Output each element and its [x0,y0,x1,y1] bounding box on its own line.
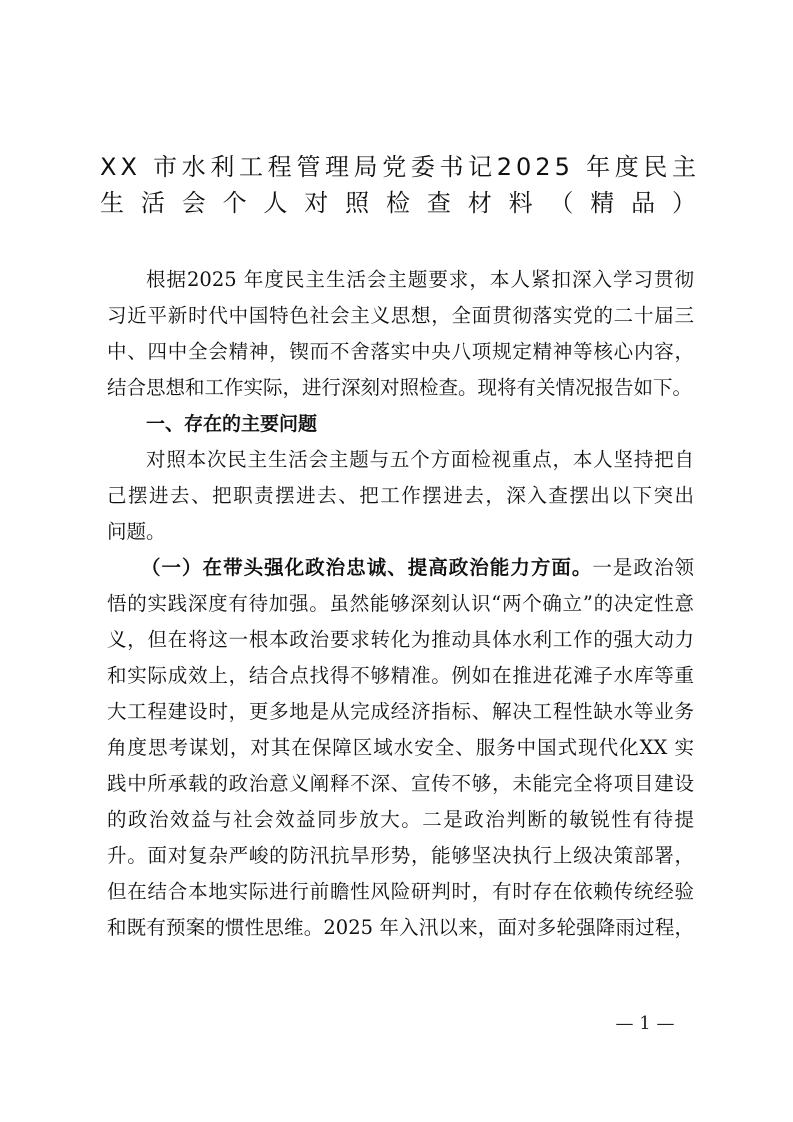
subsection-1-paragraph: （一）在带头强化政治忠诚、提高政治能力方面。一是政治领 悟的实践深度有待加强。虽… [107,550,694,946]
text-line: 义，但在将这一根本政治要求转化为推动具体水利工作的强大动力 [107,622,694,658]
text-line: 的政治效益与社会效益同步放大。二是政治判断的敏锐性有待提 [107,802,694,838]
text-line: 结合思想和工作实际，进行深刻对照检查。现将有关情况报告如下。 [107,370,694,406]
intro-paragraph: 根据2025 年度民主生活会主题要求，本人紧扣深入学习贯彻 习近平新时代中国特色… [107,262,694,406]
text-line: （一）在带头强化政治忠诚、提高政治能力方面。一是政治领 [107,550,694,586]
text-line: 对照本次民主生活会主题与五个方面检视重点，本人坚持把自 [107,442,694,478]
overview-paragraph: 对照本次民主生活会主题与五个方面检视重点，本人坚持把自 己摆进去、把职责摆进去、… [107,442,694,550]
document-body: 根据2025 年度民主生活会主题要求，本人紧扣深入学习贯彻 习近平新时代中国特色… [107,262,694,946]
page-number: — 1 — [600,1013,690,1034]
text-line: 升。面对复杂严峻的防汛抗旱形势，能够坚决执行上级决策部署， [107,838,694,874]
text-line: 和既有预案的惯性思维。2025 年入汛以来，面对多轮强降雨过程， [107,910,694,946]
text-line: 根据2025 年度民主生活会主题要求，本人紧扣深入学习贯彻 [107,262,694,298]
subsection-heading: （一）在带头强化政治忠诚、提高政治能力方面。 [141,556,592,579]
section-heading: 一、存在的主要问题 [107,406,694,442]
text-line: 和实际成效上，结合点找得不够精准。例如在推进花滩子水库等重 [107,658,694,694]
text-line: 习近平新时代中国特色社会主义思想，全面贯彻落实党的二十届三 [107,298,694,334]
text-line: 大工程建设时，更多地是从完成经济指标、解决工程性缺水等业务 [107,694,694,730]
title-line-1: XX 市水利工程管理局党委书记2025 年度民主 [100,146,700,182]
document-title: XX 市水利工程管理局党委书记2025 年度民主 生活会个人对照检查材料（精品） [100,146,700,218]
text-line: 悟的实践深度有待加强。虽然能够深刻认识“两个确立”的决定性意 [107,586,694,622]
text-line: 问题。 [107,514,694,550]
text-line: 但在结合本地实际进行前瞻性风险研判时，有时存在依赖传统经验 [107,874,694,910]
document-page: XX 市水利工程管理局党委书记2025 年度民主 生活会个人对照检查材料（精品）… [0,0,793,1122]
text-line: 践中所承载的政治意义阐释不深、宣传不够，未能完全将项目建设 [107,766,694,802]
text-line: 己摆进去、把职责摆进去、把工作摆进去，深入查摆出以下突出 [107,478,694,514]
text-fragment: 一是政治领 [592,556,694,579]
title-line-2: 生活会个人对照检查材料（精品） [100,182,700,218]
text-line: 中、四中全会精神，锲而不舍落实中央八项规定精神等核心内容， [107,334,694,370]
text-line: 角度思考谋划，对其在保障区域水安全、服务中国式现代化XX 实 [107,730,694,766]
